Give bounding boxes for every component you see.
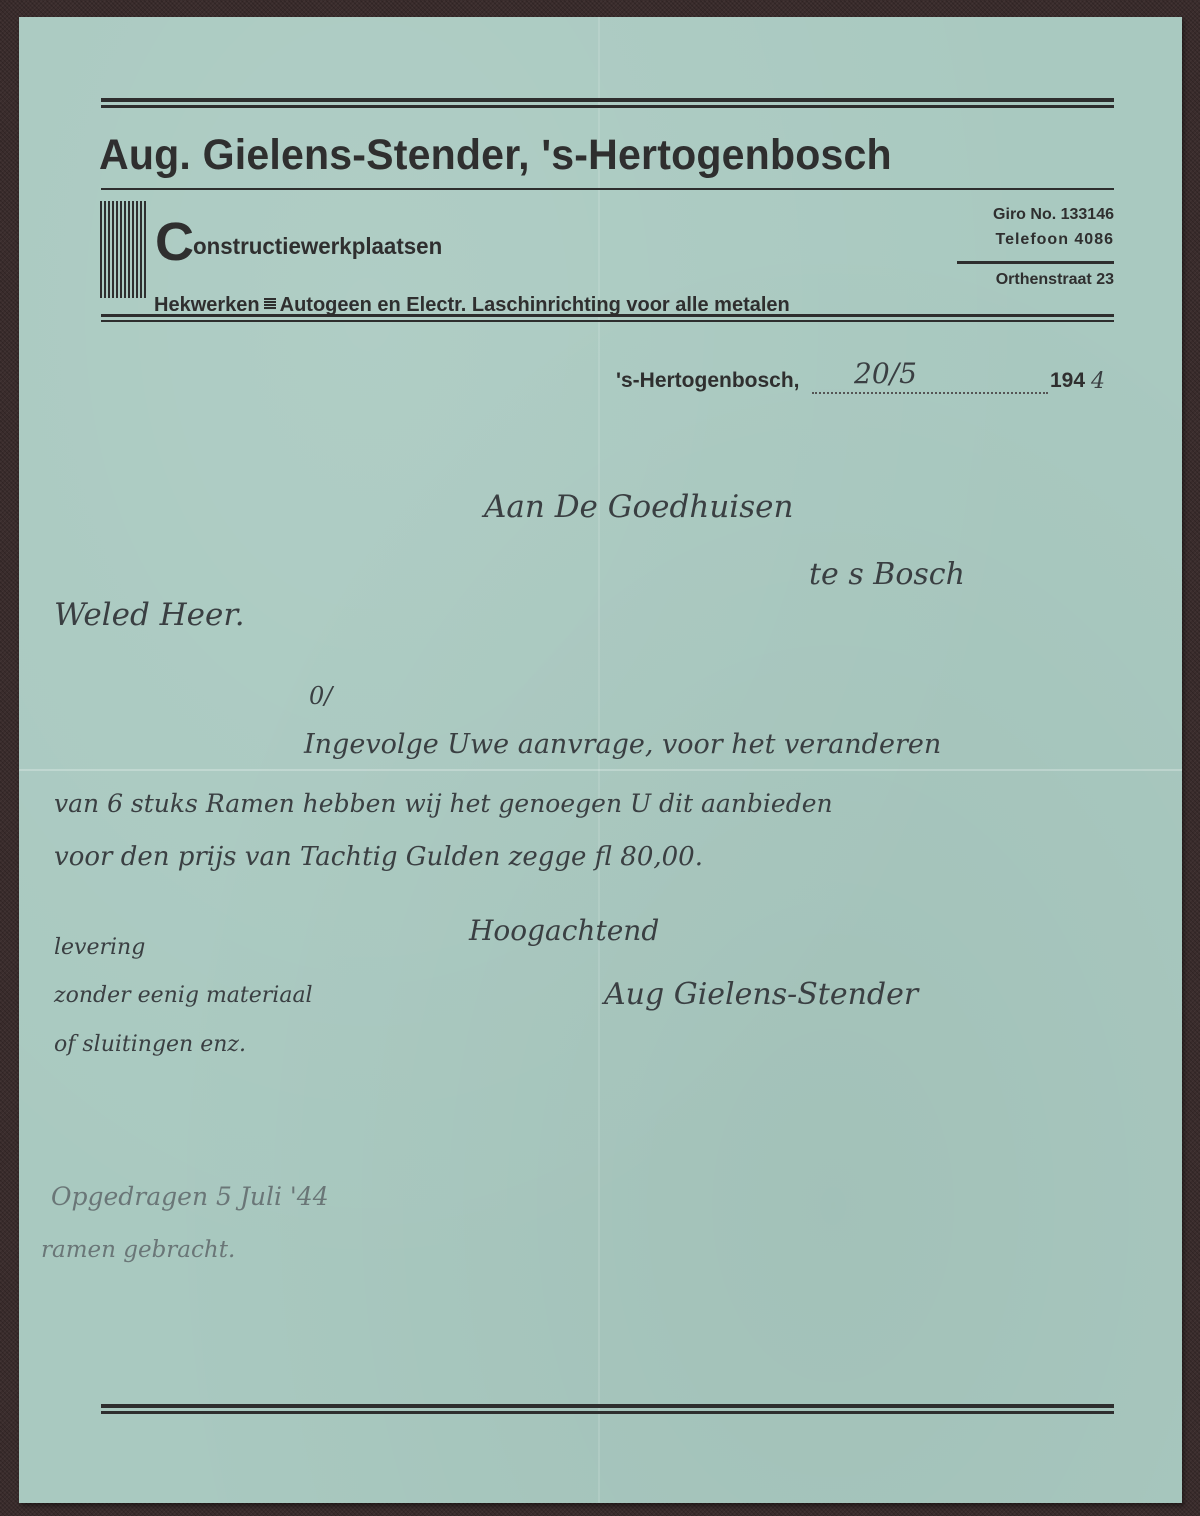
closing: Hoogachtend — [469, 914, 659, 947]
subtitle-initial: C — [155, 215, 194, 269]
business-subtitle: onstructiewerkplaatsen — [193, 233, 442, 260]
header-bottom-rule-2 — [101, 320, 1114, 322]
giro-number: Giro No. 133146 — [993, 206, 1114, 224]
company-name: Aug. Gielens-Stender, 's-Hertogenbosch — [99, 131, 892, 180]
fold-line-vertical — [598, 17, 600, 1503]
footer-rule-1 — [101, 1404, 1114, 1408]
date-dotted-line — [812, 392, 1048, 394]
handwritten-year-digit: 4 — [1091, 369, 1105, 394]
pencil-note-line-1: Opgedragen 5 Juli '44 — [51, 1182, 329, 1211]
side-note-line-1: levering — [54, 935, 145, 960]
pencil-note-line-2: ramen gebracht. — [41, 1237, 235, 1263]
letter-paper: Aug. Gielens-Stender, 's-Hertogenbosch C… — [19, 17, 1182, 1503]
body-line-1: Ingevolge Uwe aanvrage, voor het verande… — [304, 729, 941, 760]
services-hekwerken: Hekwerken — [154, 294, 260, 316]
telephone-number: Telefoon 4086 — [995, 231, 1114, 249]
body-line-2: van 6 stuks Ramen hebben wij het genoege… — [54, 789, 833, 818]
body-line-3: voor den prijs van Tachtig Gulden zegge … — [54, 842, 703, 872]
handwritten-date: 20/5 — [854, 357, 917, 390]
striped-logo-block — [100, 201, 147, 298]
dateline-place: 's-Hertogenbosch, — [616, 369, 800, 393]
recipient-city: te s Bosch — [809, 557, 965, 592]
printed-year: 194 — [1050, 369, 1085, 393]
square-bullet-icon — [264, 298, 276, 310]
side-note-line-3: of sluitingen enz. — [54, 1032, 246, 1057]
top-rule-1 — [101, 98, 1114, 102]
address-divider — [957, 261, 1114, 264]
header-divider — [101, 188, 1114, 190]
signature: Aug Gielens-Stender — [604, 977, 918, 1012]
fold-line-horizontal — [19, 769, 1182, 771]
header-bottom-rule-1 — [101, 314, 1114, 317]
body-mark: 0/ — [309, 682, 332, 710]
salutation: Weled Heer. — [54, 597, 245, 633]
footer-rule-2 — [101, 1411, 1114, 1414]
street-address: Orthenstraat 23 — [996, 271, 1114, 289]
services-welding: Autogeen en Electr. Laschinrichting voor… — [280, 294, 790, 316]
recipient-name: Aan De Goedhuisen — [484, 489, 793, 525]
side-note-line-2: zonder eenig materiaal — [54, 983, 313, 1008]
top-rule-2 — [101, 105, 1114, 108]
